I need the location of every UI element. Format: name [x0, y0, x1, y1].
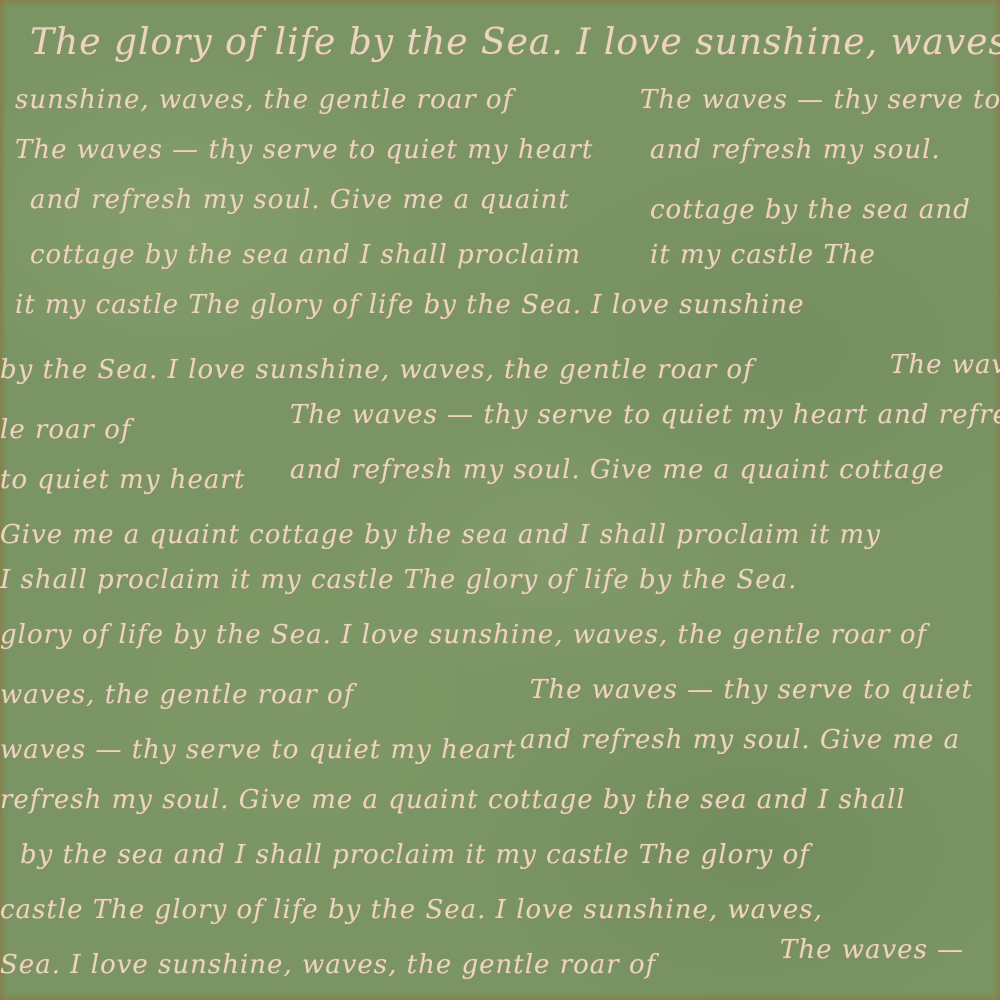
script-line: it my castle The: [650, 240, 876, 270]
script-line: by the sea and I shall proclaim it my ca…: [20, 840, 810, 870]
script-line: The waves —: [780, 935, 964, 965]
script-line: to quiet my heart: [0, 465, 245, 495]
script-line: waves — thy serve to quiet my heart: [0, 735, 517, 765]
script-line: and refresh my soul.: [650, 135, 941, 165]
script-line: cottage by the sea and I shall proclaim: [30, 240, 581, 270]
script-line: it my castle The glory of life by the Se…: [15, 290, 805, 320]
script-line: le roar of: [0, 415, 132, 445]
script-line: castle The glory of life by the Sea. I l…: [0, 895, 823, 925]
script-line: and refresh my soul. Give me a quaint co…: [290, 455, 945, 485]
script-line: glory of life by the Sea. I love sunshin…: [0, 620, 927, 650]
script-line: The waves — thy serve to quiet my heart …: [290, 400, 1000, 430]
script-line: Give me a quaint cottage by the sea and …: [0, 520, 881, 550]
script-line: by the Sea. I love sunshine, waves, the …: [0, 355, 754, 385]
script-line: The waves — thy serve to quiet my heart: [15, 135, 593, 165]
script-line: cottage by the sea and: [650, 195, 971, 225]
script-line: The glory of life by the Sea. I love sun…: [30, 22, 1000, 63]
script-line: The waves — thy serve to quiet: [640, 85, 1000, 115]
script-line: waves, the gentle roar of: [0, 680, 354, 710]
script-line: and refresh my soul. Give me a: [520, 725, 960, 755]
script-line: The waves: [890, 350, 1000, 380]
script-line: The waves — thy serve to quiet: [530, 675, 973, 705]
script-line: refresh my soul. Give me a quaint cottag…: [0, 785, 906, 815]
script-line: I shall proclaim it my castle The glory …: [0, 565, 797, 595]
script-line: sunshine, waves, the gentle roar of: [15, 85, 513, 115]
script-pattern-paper: The glory of life by the Sea. I love sun…: [0, 0, 1000, 1000]
script-line: Sea. I love sunshine, waves, the gentle …: [0, 950, 656, 980]
script-line: and refresh my soul. Give me a quaint: [30, 185, 570, 215]
